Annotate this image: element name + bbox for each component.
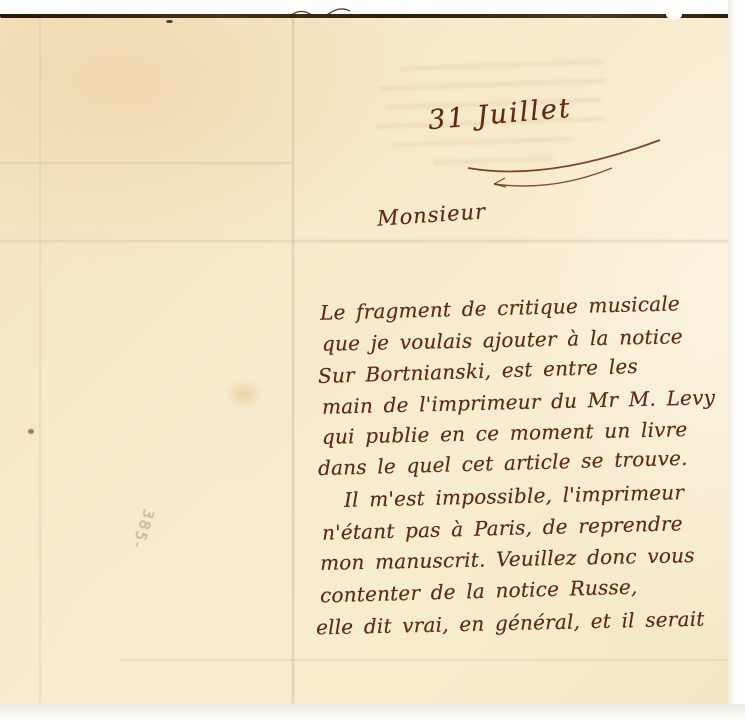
background-bottom-strip: [0, 704, 745, 724]
fold-crease-vertical-center: [291, 17, 295, 704]
paper-thread-squiggle: [288, 4, 358, 20]
foxing-spot: [28, 429, 34, 434]
bleed-line: [378, 79, 606, 90]
edge-speck: [166, 20, 173, 23]
fold-crease-horizontal-middle: [0, 239, 728, 243]
fold-crease-vertical-left: [38, 17, 42, 704]
paper-top-edge-shadow: [0, 14, 734, 18]
amber-stain: [226, 380, 262, 408]
date-flourish-underline: [428, 120, 678, 190]
photo-background: 31 Juillet Monsieur Le fragment de criti…: [0, 0, 745, 724]
fold-crease-horizontal-upper: [0, 161, 292, 165]
background-right-strip: [728, 0, 745, 724]
fold-crease-horizontal-lower: [120, 658, 728, 662]
